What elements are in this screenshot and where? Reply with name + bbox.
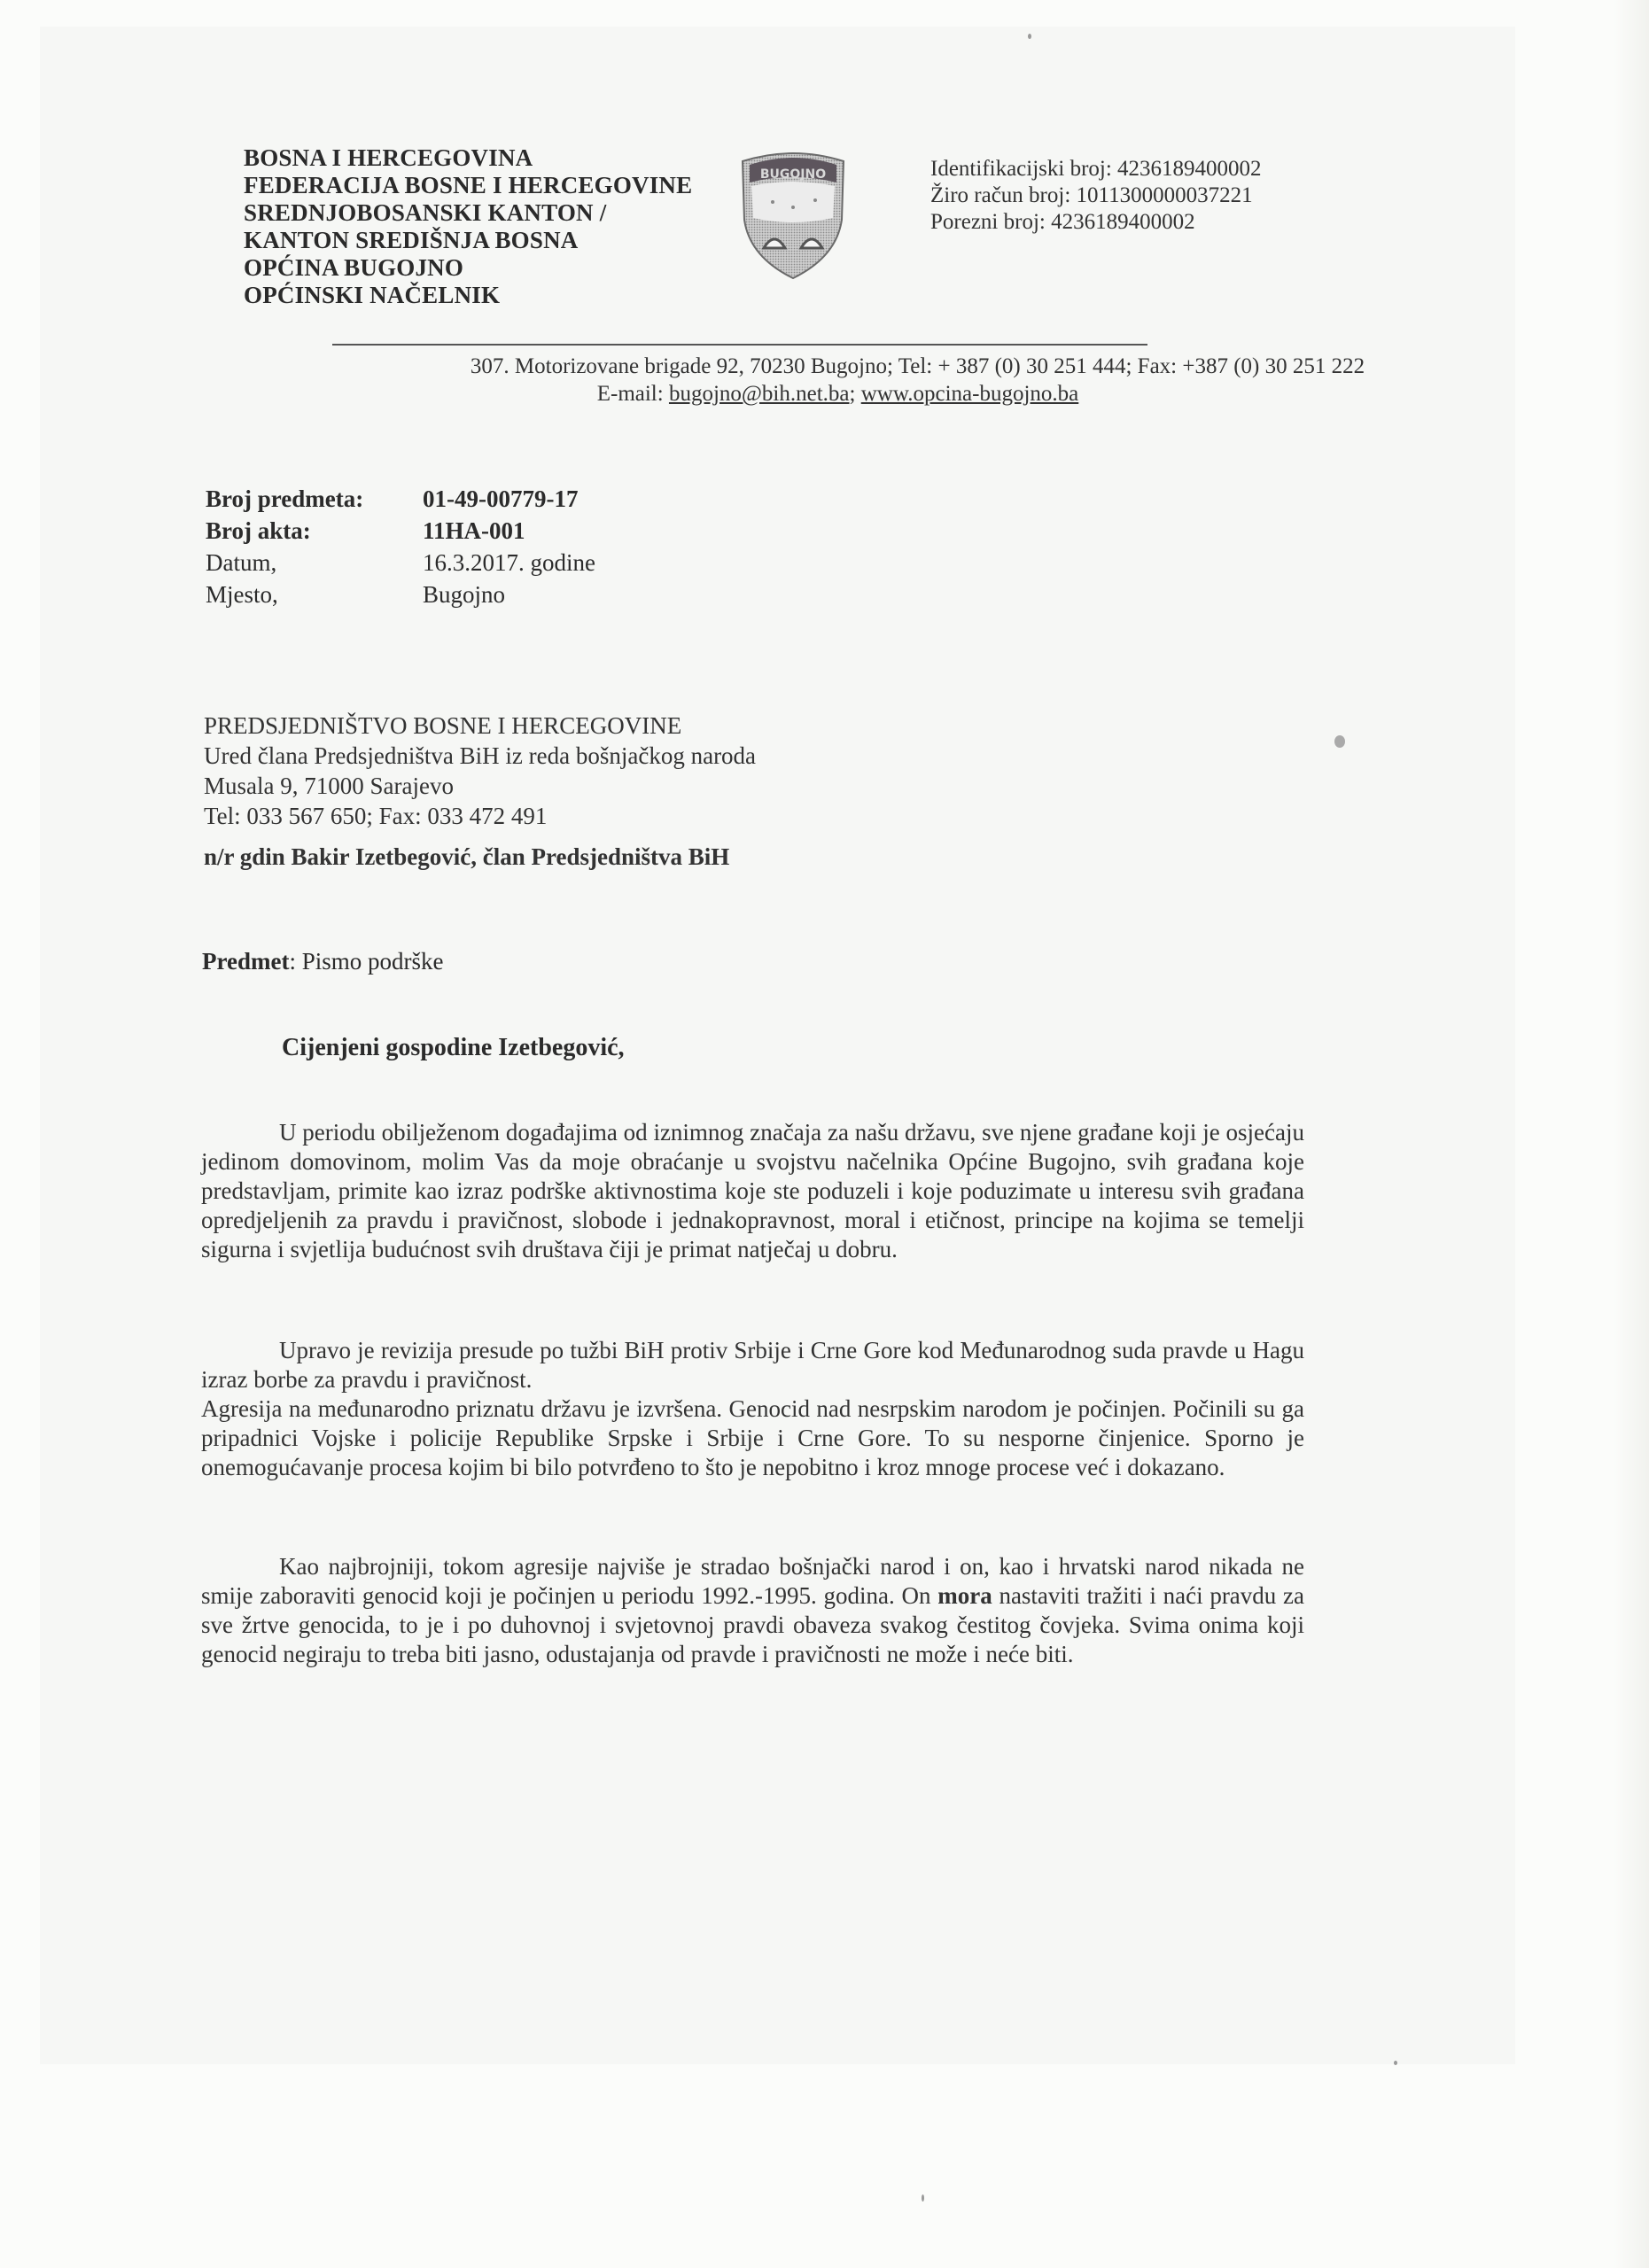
body-paragraph-3: Kao najbrojniji, tokom agresije najviše …	[201, 1552, 1304, 1669]
org-line: KANTON SREDIŠNJA BOSNA	[244, 227, 692, 254]
contact-line: E-mail: bugojno@bih.net.ba; www.opcina-b…	[0, 380, 1649, 408]
subject-label: Predmet	[202, 948, 289, 975]
municipal-crest-icon: BUGOJNO	[737, 149, 849, 282]
org-line: OPĆINA BUGOJNO	[244, 254, 692, 282]
letterhead-organization: BOSNA I HERCEGOVINA FEDERACIJA BOSNE I H…	[244, 144, 692, 309]
bank-account-number: Žiro račun broj: 1011300000037221	[930, 183, 1262, 209]
body-paragraph-1: U periodu obilježenom događajima od izni…	[201, 1118, 1304, 1264]
separator: ;	[850, 382, 861, 406]
org-line: SREDNJOBOSANSKI KANTON /	[244, 199, 692, 227]
scan-speck	[1028, 34, 1031, 39]
emphasis-text: mora	[937, 1582, 992, 1609]
scanned-page	[40, 27, 1515, 2064]
recipient-phone: Tel: 033 567 650; Fax: 033 472 491	[204, 801, 756, 831]
org-line: OPĆINSKI NAČELNIK	[244, 282, 692, 309]
recipient-attention: n/r gdin Bakir Izetbegović, član Predsje…	[204, 842, 756, 872]
crest-label: BUGOJNO	[760, 167, 826, 182]
case-number-label: Broj predmeta:	[206, 483, 423, 515]
letterhead-contact: 307. Motorizovane brigade 92, 70230 Bugo…	[0, 353, 1649, 408]
case-number-row: Broj predmeta: 01-49-00779-17	[206, 483, 595, 515]
date-row: Datum, 16.3.2017. godine	[206, 547, 595, 579]
recipient-institution: PREDSJEDNIŠTVO BOSNE I HERCEGOVINE	[204, 711, 756, 741]
tax-number: Porezni broj: 4236189400002	[930, 209, 1262, 236]
salutation: Cijenjeni gospodine Izetbegović,	[282, 1034, 625, 1062]
place-row: Mjesto, Bugojno	[206, 579, 595, 610]
identifiers-block: Identifikacijski broj: 4236189400002 Žir…	[930, 156, 1262, 236]
act-number-row: Broj akta: 11HA-001	[206, 515, 595, 547]
subject-value: : Pismo podrške	[289, 948, 443, 975]
recipient-address: Musala 9, 71000 Sarajevo	[204, 771, 756, 801]
recipient-block: PREDSJEDNIŠTVO BOSNE I HERCEGOVINE Ured …	[204, 711, 756, 872]
org-line: BOSNA I HERCEGOVINA	[244, 144, 692, 172]
paragraph-text: Kao najbrojniji, tokom agresije najviše …	[201, 1552, 1304, 1669]
recipient-office: Ured člana Predsjedništva BiH iz reda bo…	[204, 741, 756, 771]
paragraph-text: Upravo je revizija presude po tužbi BiH …	[201, 1336, 1304, 1394]
postal-address: 307. Motorizovane brigade 92, 70230 Bugo…	[0, 353, 1649, 380]
scan-speck	[1334, 735, 1345, 748]
place-label: Mjesto,	[206, 579, 423, 610]
act-number-label: Broj akta:	[206, 515, 423, 547]
email-label: E-mail:	[597, 382, 669, 406]
case-number: 01-49-00779-17	[423, 483, 578, 515]
email-link[interactable]: bugojno@bih.net.ba	[669, 382, 850, 406]
paragraph-text: Agresija na međunarodno priznatu državu …	[201, 1394, 1304, 1482]
scan-speck	[1394, 2061, 1397, 2065]
place-value: Bugojno	[423, 579, 505, 610]
act-number: 11HA-001	[423, 515, 525, 547]
identification-number: Identifikacijski broj: 4236189400002	[930, 156, 1262, 183]
scan-speck	[922, 2194, 924, 2202]
org-line: FEDERACIJA BOSNE I HERCEGOVINE	[244, 172, 692, 199]
reference-block: Broj predmeta: 01-49-00779-17 Broj akta:…	[206, 483, 595, 610]
date-label: Datum,	[206, 547, 423, 579]
body-paragraph-2: Upravo je revizija presude po tužbi BiH …	[201, 1336, 1304, 1482]
subject-line: Predmet: Pismo podrške	[202, 948, 443, 975]
date-value: 16.3.2017. godine	[423, 547, 595, 579]
scan-edge	[1614, 0, 1649, 2268]
header-divider	[332, 344, 1147, 346]
website-link[interactable]: www.opcina-bugojno.ba	[861, 382, 1079, 406]
paragraph-text: U periodu obilježenom događajima od izni…	[201, 1118, 1304, 1264]
